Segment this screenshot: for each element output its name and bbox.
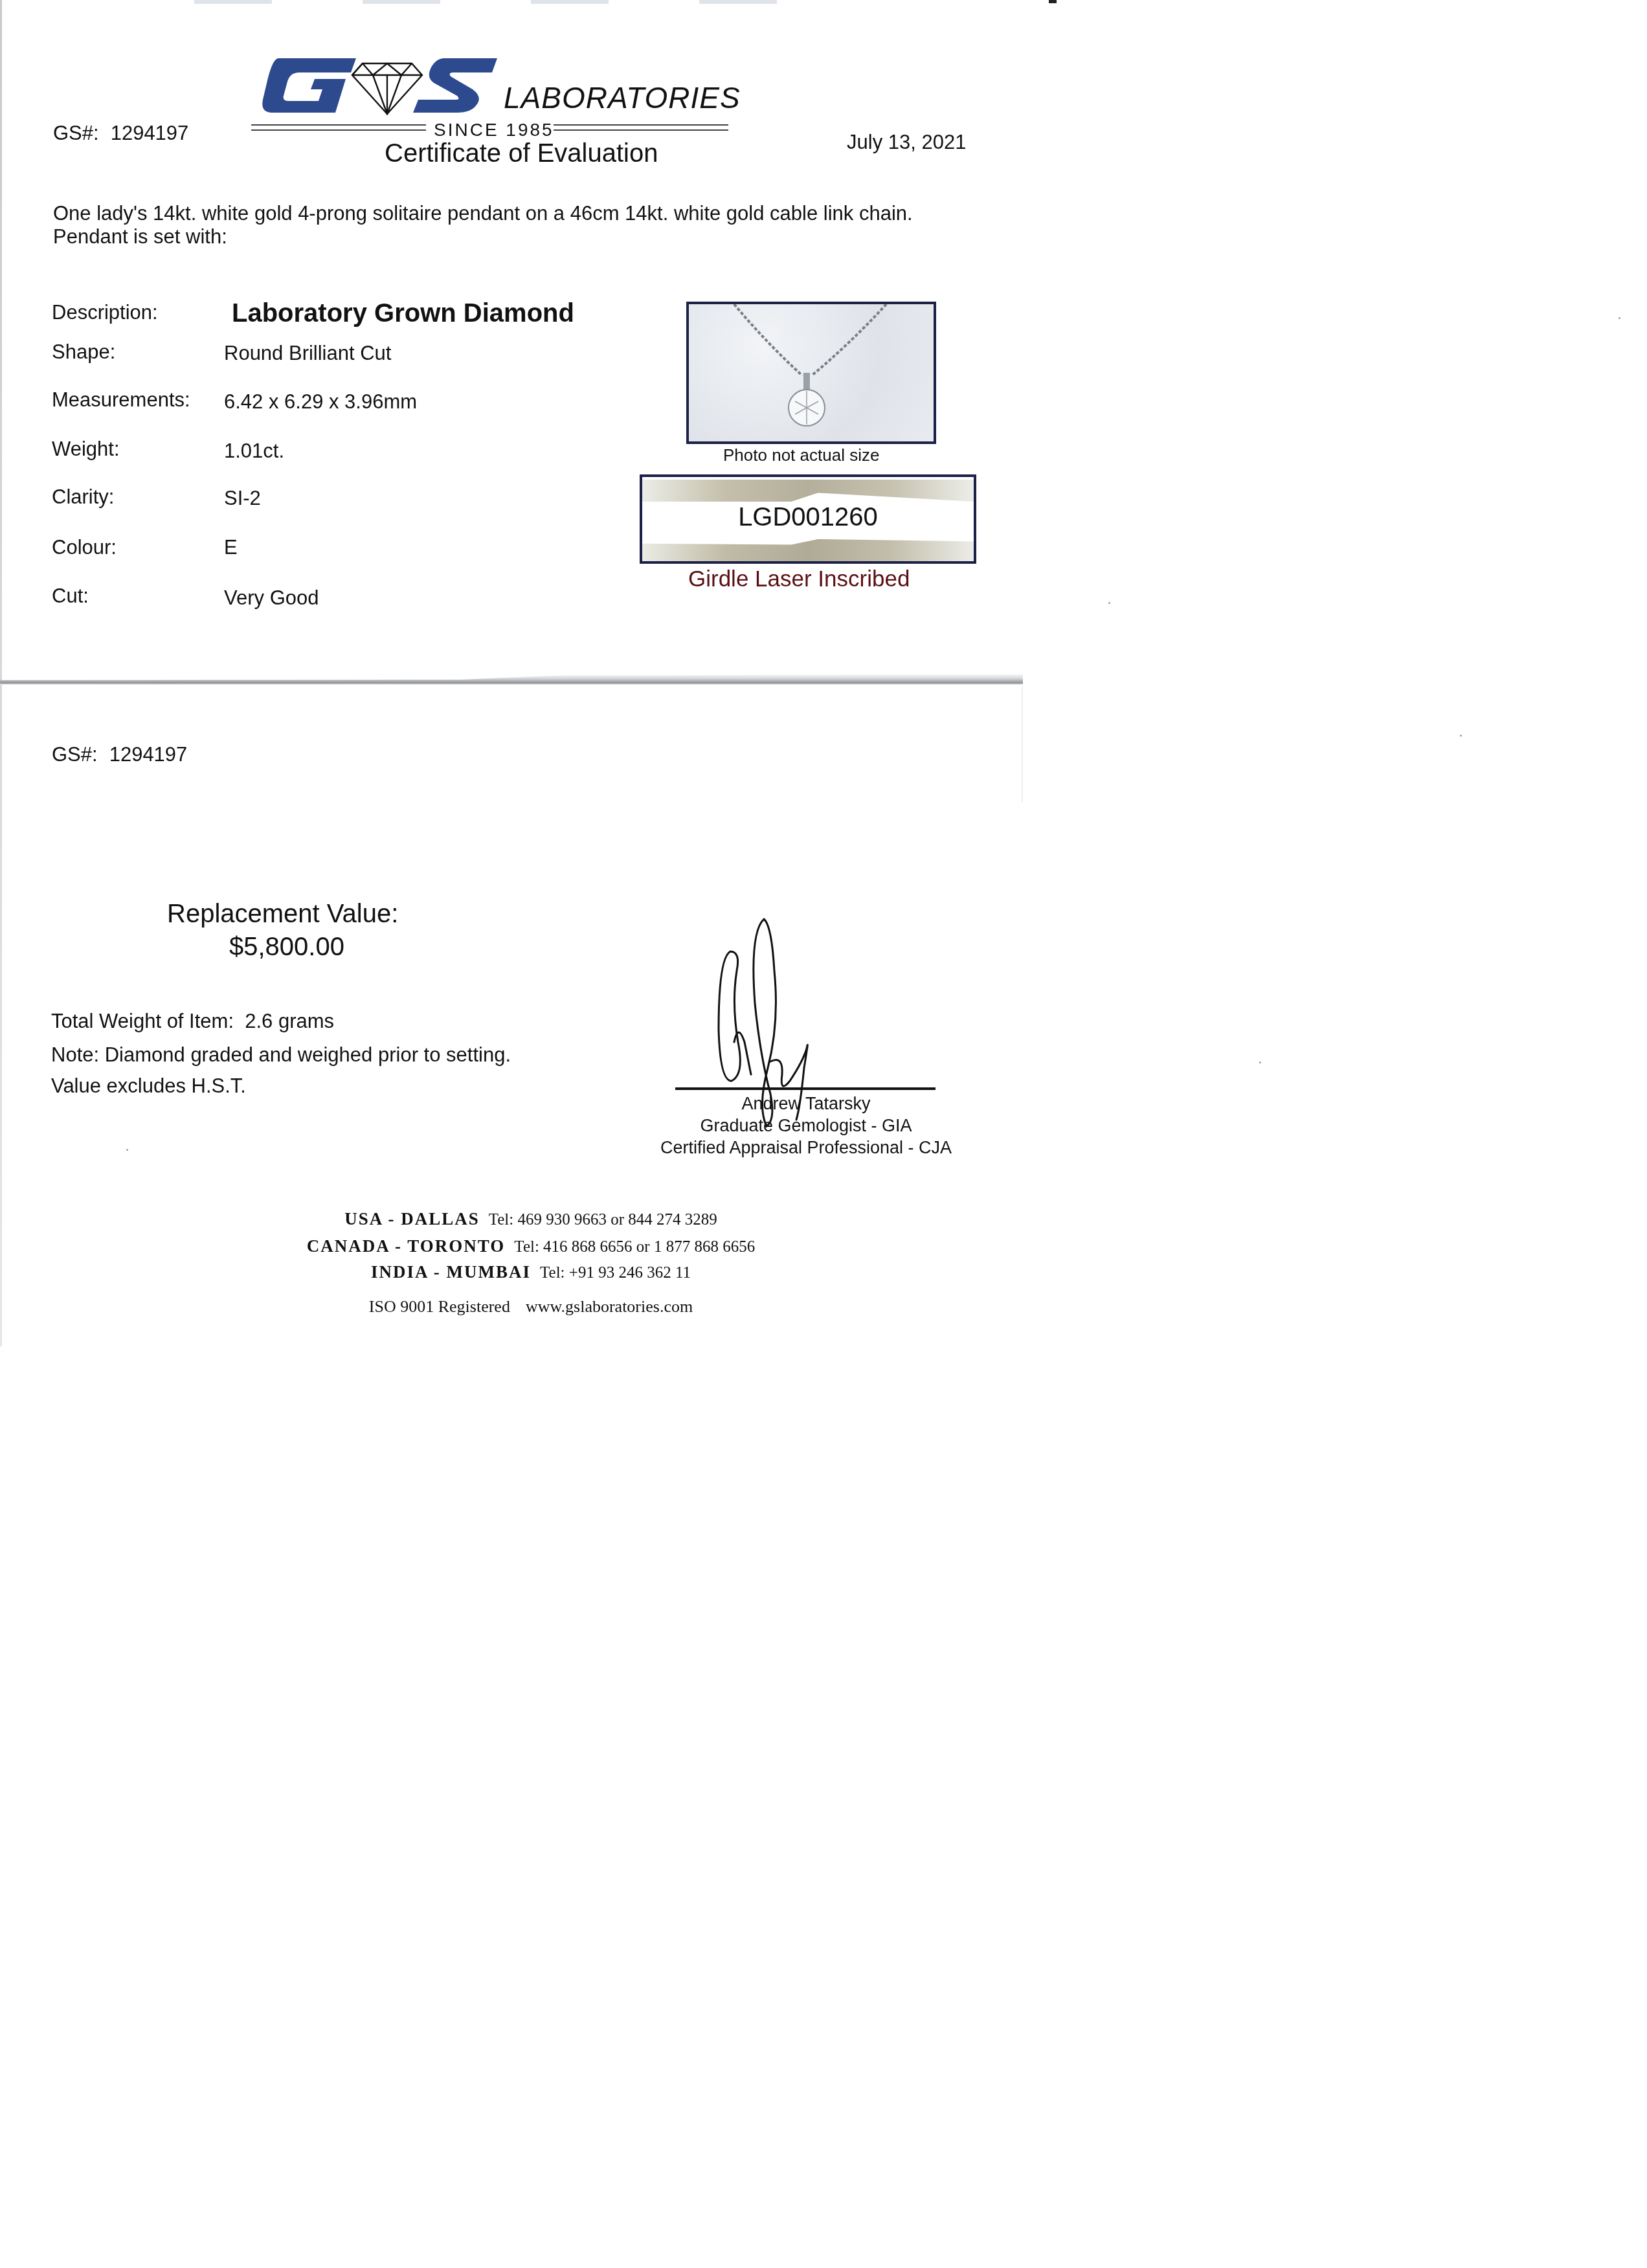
footer: ISO 9001 Registeredwww.gslaboratories.co… [246,1297,816,1317]
gs-number-value: 1294197 [111,122,189,144]
inscription-caption: Girdle Laser Inscribed [688,566,910,592]
total-weight-value: 2.6 grams [245,1010,334,1032]
contact-usa: USA - DALLASTel: 469 930 9663 or 844 274… [246,1209,816,1229]
photo-caption: Photo not actual size [723,445,879,465]
contact-tel: Tel: 416 868 6656 or 1 877 868 6656 [514,1238,755,1256]
signature-line [675,1087,936,1090]
spec-value-cut: Very Good [224,586,319,610]
appraisal-gs-number: GS#:1294197 [52,743,187,766]
spec-label-weight: Weight: [52,438,120,461]
contact-city: USA - DALLAS [344,1209,480,1228]
replacement-value-label: Replacement Value: [167,900,398,929]
card-separator [0,673,1023,685]
website-link[interactable]: www.gslaboratories.com [526,1297,693,1316]
iso-registration: ISO 9001 Registered [369,1297,510,1316]
certificate-date: July 13, 2021 [847,131,966,154]
logo-rule-left [251,124,426,131]
contact-tel: Tel: +91 93 246 362 11 [540,1264,691,1282]
gs-number-label: GS#: [53,122,99,144]
inscription-code: LGD001260 [642,503,974,532]
scan-edge [0,0,2,1346]
logo-rule-right [554,124,728,131]
gs-number-label: GS#: [52,743,98,766]
spec-label-clarity: Clarity: [52,485,114,509]
scan-dust [1619,317,1620,319]
scan-top-marks [194,0,842,4]
girdle-band-top [642,480,974,502]
gs-logo-mark-icon [259,53,499,115]
spec-label-measurements: Measurements: [52,388,190,412]
spec-label-colour: Colour: [52,536,117,559]
spec-value-shape: Round Brilliant Cut [224,342,391,365]
total-weight-label: Total Weight of Item: [51,1010,234,1032]
contact-city: INDIA - MUMBAI [371,1262,531,1282]
brand-name: LABORATORIES [504,80,741,115]
contact-city: CANADA - TORONTO [307,1236,506,1256]
scan-mark [1049,0,1057,3]
spec-value-colour: E [224,536,238,559]
item-description: One lady's 14kt. white gold 4-prong soli… [53,202,959,248]
since-label: SINCE 1985 [434,120,554,140]
spec-label-shape: Shape: [52,340,115,364]
gs-number-value: 1294197 [109,743,188,766]
gs-laboratories-logo: LABORATORIES SINCE 1985 [259,53,738,150]
replacement-value: $5,800.00 [229,933,344,962]
scan-dust [1460,735,1462,737]
spec-value-clarity: SI-2 [224,487,261,510]
scan-dust [126,1149,128,1151]
total-weight: Total Weight of Item: 2.6 grams [51,1010,334,1033]
signatory-name: Andrew Tatarsky [631,1094,981,1114]
spec-label-cut: Cut: [52,584,89,608]
scan-dust [1259,1062,1261,1063]
contact-tel: Tel: 469 930 9663 or 844 274 3289 [489,1211,717,1228]
contact-india: INDIA - MUMBAITel: +91 93 246 362 11 [246,1262,816,1282]
gs-number: GS#:1294197 [53,122,188,145]
signatory-title-1: Graduate Gemologist - GIA [631,1116,981,1136]
spec-value-weight: 1.01ct. [224,439,284,463]
spec-label-description: Description: [52,301,158,324]
girdle-band-bottom [642,539,974,561]
tax-note: Value excludes H.S.T. [51,1074,246,1098]
spec-value-description: Laboratory Grown Diamond [232,299,574,328]
laser-inscription-image: LGD001260 [640,474,976,564]
grading-note: Note: Diamond graded and weighed prior t… [51,1043,511,1067]
certificate-title: Certificate of Evaluation [385,139,658,168]
spec-value-measurements: 6.42 x 6.29 x 3.96mm [224,390,417,414]
contact-canada: CANADA - TORONTOTel: 416 868 6656 or 1 8… [246,1236,816,1256]
pendant-photo-icon [689,304,934,441]
card-edge [1022,686,1023,803]
scan-dust [1108,602,1110,604]
signatory-title-2: Certified Appraisal Professional - CJA [631,1138,981,1158]
pendant-photo [686,302,936,444]
